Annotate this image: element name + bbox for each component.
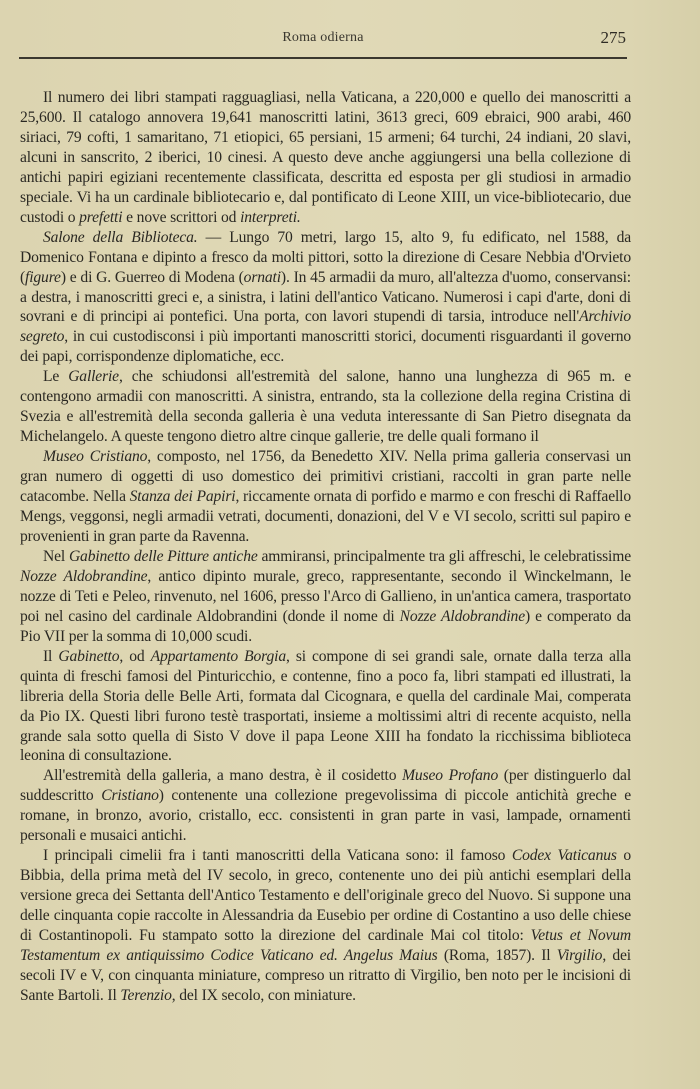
text: , si compone di sei grandi sale, ornate … [20,648,631,765]
italic-text: Codex Vaticanus [512,847,617,864]
paragraph: I principali cimelii fra i tanti manoscr… [20,846,631,1006]
italic-text: Gabinetto delle Pitture antiche [69,548,258,565]
paragraph: Museo Cristiano, composto, nel 1756, da … [20,447,631,547]
italic-text: Nozze Aldobrandine [400,608,525,625]
text: ) e di G. Guerreo di Modena ( [61,269,244,286]
text: All'estremità della galleria, a mano des… [43,767,402,784]
text: Il numero dei libri stampati ragguaglias… [20,89,631,226]
page-header: Roma odierna 275 [20,30,626,52]
text: , od [119,648,150,665]
body-text: Il numero dei libri stampati ragguaglias… [20,88,631,1006]
italic-text: Museo Profano [402,767,498,784]
text: , in cui custodisconsi i più importanti … [20,328,631,365]
page-number: 275 [601,28,627,48]
italic-text: prefetti [79,209,122,226]
text: , del IX secolo, con miniature. [172,987,356,1004]
text: Le [43,368,68,385]
italic-text: Stanza dei Papiri [130,488,236,505]
italic-text: interpreti. [240,209,301,226]
italic-text: Salone della Biblioteca. [43,229,198,246]
text: ammiransi, principalmente tra gli affres… [258,548,631,565]
italic-text: Terenzio [120,987,171,1004]
paragraph: Nel Gabinetto delle Pitture antiche ammi… [20,547,631,647]
paragraph: All'estremità della galleria, a mano des… [20,766,631,846]
paragraph: Salone della Biblioteca. — Lungo 70 metr… [20,228,631,368]
italic-text: figure [25,269,61,286]
italic-text: ornati [244,269,281,286]
italic-text: Museo Cristiano [43,448,147,465]
paragraph: Il numero dei libri stampati ragguaglias… [20,88,631,228]
italic-text: Virgilio [557,947,603,964]
italic-text: Cristiano [101,787,159,804]
text: (Roma, 1857). Il [438,947,557,964]
italic-text: Appartamento Borgia [151,648,286,665]
text: I principali cimelii fra i tanti manoscr… [43,847,512,864]
paragraph: Le Gallerie, che schiudonsi all'estremit… [20,367,631,447]
text: Il [43,648,58,665]
text: Nel [43,548,69,565]
header-rule [19,57,627,59]
paragraph: Il Gabinetto, od Appartamento Borgia, si… [20,647,631,767]
italic-text: Gallerie [68,368,119,385]
italic-text: Nozze Aldobrandine [20,568,147,585]
text: e nove scrittori od [122,209,240,226]
italic-text: Gabinetto [58,648,119,665]
running-title: Roma odierna [20,30,626,46]
